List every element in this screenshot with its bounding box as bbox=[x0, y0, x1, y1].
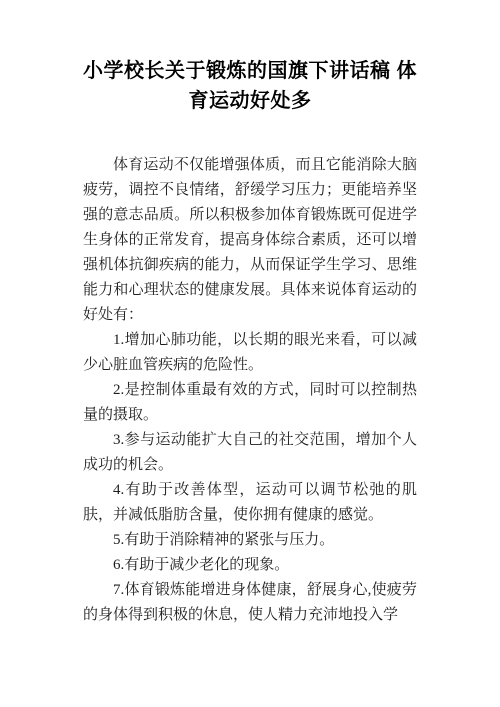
body-paragraph-item-4: 4.有助于改善体型，运动可以调节松弛的肌肤，并减低脂肪含量，使你拥有健康的感觉。 bbox=[83, 478, 417, 528]
body-paragraph-item-5: 5.有助于消除精神的紧张与压力。 bbox=[83, 528, 417, 553]
document-body: 体育运动不仅能增强体质，而且它能消除大脑疲劳，调控不良情绪，舒缓学习压力；更能培… bbox=[83, 153, 417, 628]
document-title: 小学校长关于锻炼的国旗下讲话稿 体育运动好处多 bbox=[78, 0, 422, 116]
body-paragraph-item-3: 3.参与运动能扩大自己的社交范围，增加个人成功的机会。 bbox=[83, 428, 417, 478]
body-paragraph-item-1: 1.增加心肺功能，以长期的眼光来看，可以减少心脏血管疾病的危险性。 bbox=[83, 328, 417, 378]
body-paragraph-item-6: 6.有助于减少老化的现象。 bbox=[83, 553, 417, 578]
document-page: 小学校长关于锻炼的国旗下讲话稿 体育运动好处多 体育运动不仅能增强体质，而且它能… bbox=[0, 0, 500, 707]
body-paragraph-item-7: 7.体育锻炼能增进身体健康，舒展身心,使疲劳的身体得到积极的休息，使人精力充沛地… bbox=[83, 578, 417, 628]
body-paragraph-intro: 体育运动不仅能增强体质，而且它能消除大脑疲劳，调控不良情绪，舒缓学习压力；更能培… bbox=[83, 153, 417, 328]
body-paragraph-item-2: 2.是控制体重最有效的方式，同时可以控制热量的摄取。 bbox=[83, 378, 417, 428]
